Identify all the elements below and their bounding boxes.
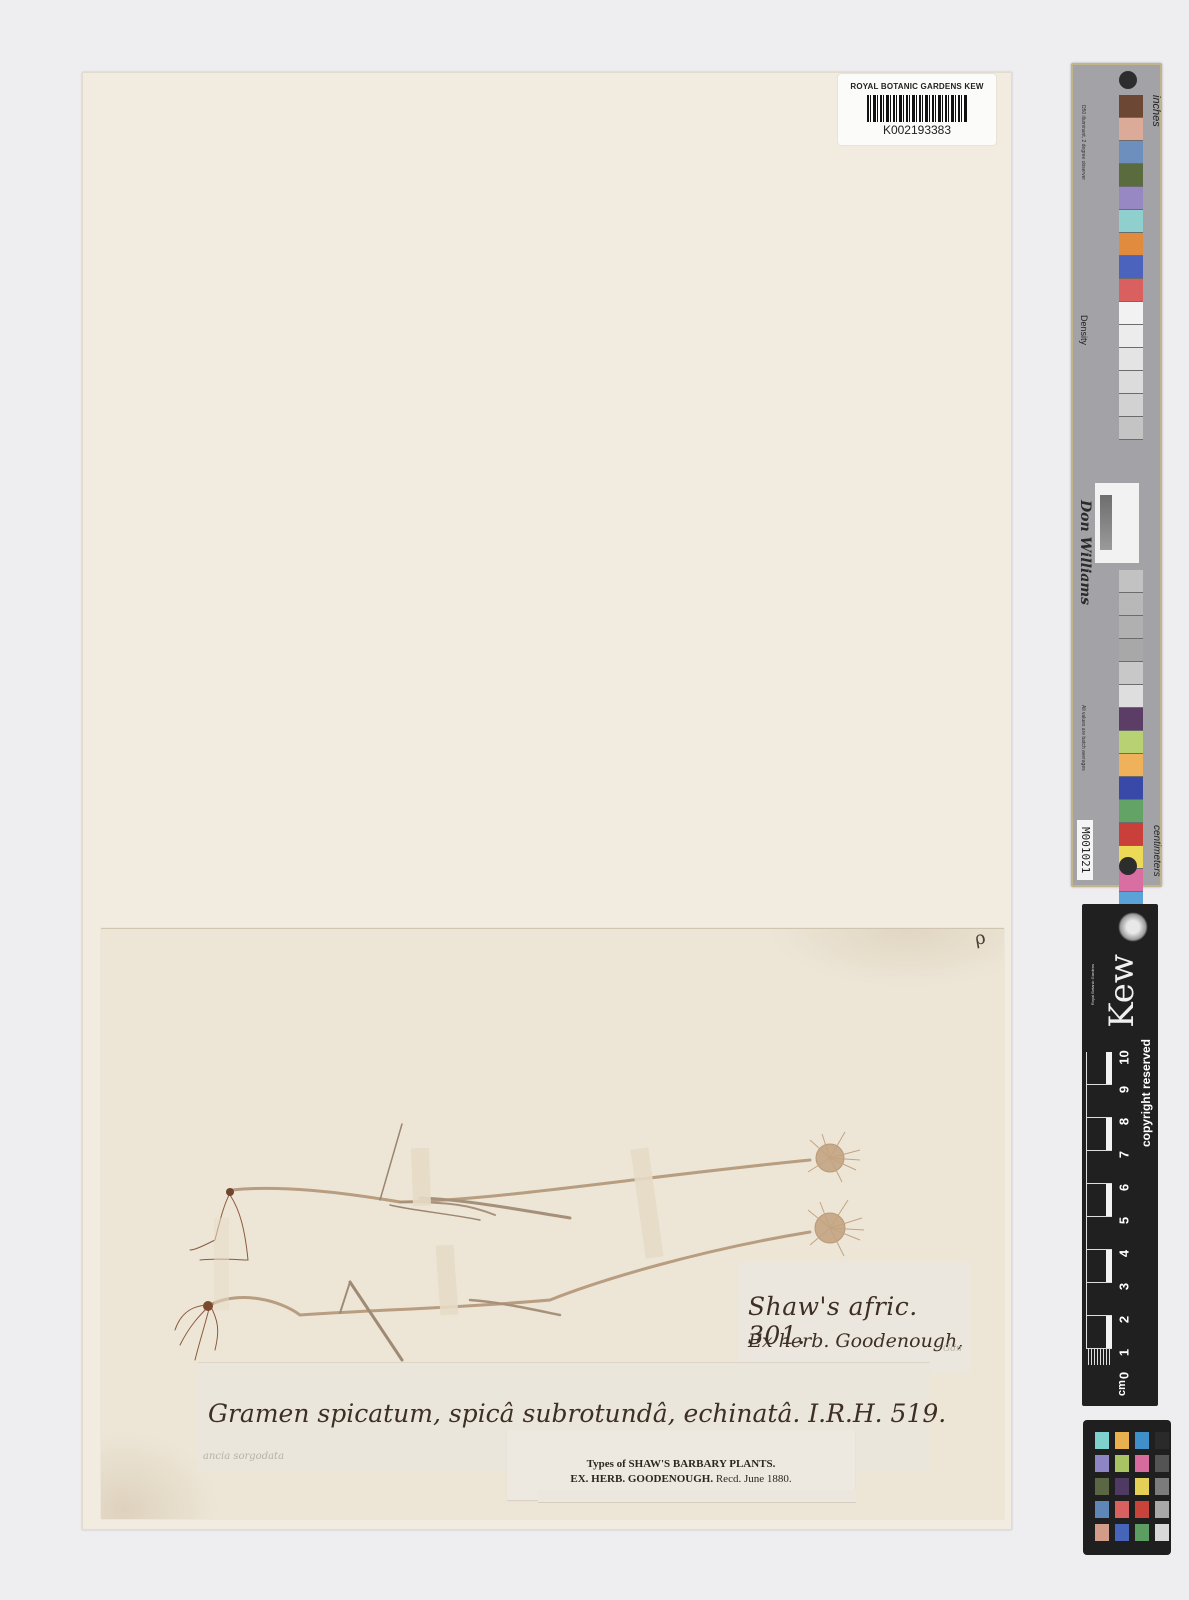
color-calibration-strip: D50 illuminant, 2 degree observer inches…	[1071, 63, 1162, 887]
gray-swatch	[1119, 417, 1143, 440]
kew-logo: Kew	[1102, 954, 1142, 1028]
scale-fill	[1106, 1118, 1112, 1150]
color-patch	[1155, 1455, 1169, 1472]
color-swatch	[1119, 800, 1143, 823]
color-patch	[1155, 1478, 1169, 1495]
scale-number: 10	[1117, 1048, 1132, 1068]
scale-cell	[1086, 1052, 1112, 1085]
kew-crest-icon	[1118, 912, 1148, 942]
cm-scale-numbers: 10 9 8 7 6 5 4 3 2 1 0	[1114, 1050, 1134, 1390]
color-swatch	[1119, 823, 1143, 846]
strip-hole-icon	[1119, 71, 1137, 89]
paper-stain	[764, 929, 1004, 989]
color-patch	[1135, 1432, 1149, 1449]
scale-number: 5	[1117, 1211, 1132, 1231]
gray-swatch	[1119, 302, 1143, 325]
color-swatch	[1119, 708, 1143, 731]
scale-cell	[1086, 1250, 1112, 1283]
density-label: Density	[1079, 315, 1089, 345]
illuminant-note: D50 illuminant, 2 degree observer	[1080, 105, 1086, 180]
barcode-icon	[867, 95, 967, 122]
scale-cell	[1086, 1085, 1112, 1118]
scale-cell	[1086, 1217, 1112, 1250]
color-swatch	[1119, 777, 1143, 800]
color-patch	[1095, 1478, 1109, 1495]
scale-number: 6	[1117, 1178, 1132, 1198]
barcode-number: K002193383	[838, 123, 996, 137]
pencil-annotation: Gdn	[943, 1344, 962, 1354]
scale-cell	[1086, 1184, 1112, 1217]
step-wedge-card	[1095, 483, 1139, 563]
color-patch	[1135, 1524, 1149, 1541]
color-patch	[1115, 1478, 1129, 1495]
scale-cell	[1086, 1316, 1112, 1349]
scale-fill	[1106, 1052, 1112, 1084]
inches-label: inches	[1150, 95, 1162, 127]
color-swatch	[1119, 118, 1143, 141]
centimeters-label: centimeters	[1151, 825, 1162, 877]
scale-fill	[1106, 1316, 1112, 1348]
color-patch	[1095, 1432, 1109, 1449]
scale-number: 9	[1117, 1080, 1132, 1100]
institution-name: ROYAL BOTANIC GARDENS KEW	[838, 82, 996, 91]
scale-cell	[1086, 1118, 1112, 1151]
step-wedge	[1100, 495, 1112, 550]
color-patch	[1095, 1524, 1109, 1541]
paper-tab	[538, 1490, 856, 1503]
scale-fill	[1106, 1250, 1112, 1282]
batch-note: All values are batch averages	[1080, 705, 1086, 771]
color-patch	[1135, 1478, 1149, 1495]
unit-label: cm	[1116, 1380, 1128, 1396]
cm-scale-ticks	[1086, 1052, 1112, 1380]
gray-swatch	[1119, 616, 1143, 639]
color-checker-grid	[1095, 1432, 1169, 1541]
color-patch	[1095, 1455, 1109, 1472]
scale-number: 3	[1117, 1277, 1132, 1297]
printed-label-line-1: Types of SHAW'S BARBARY PLANTS.	[507, 1458, 855, 1470]
determination-line-2: Ex herb. Goodenough,	[748, 1330, 963, 1352]
brand-name: Don Williams	[1077, 500, 1093, 605]
printed-label-line-2: EX. HERB. GOODENOUGH. Recd. June 1880.	[507, 1473, 855, 1485]
gray-swatch	[1119, 371, 1143, 394]
scale-cell	[1086, 1151, 1112, 1184]
color-patch	[1135, 1501, 1149, 1518]
color-patch	[1115, 1501, 1129, 1518]
gray-swatch	[1119, 394, 1143, 417]
color-patch	[1115, 1432, 1129, 1449]
color-patch	[1095, 1501, 1109, 1518]
scale-number: 8	[1117, 1112, 1132, 1132]
species-name-text: Gramen spicatum, spicâ subrotundâ, echin…	[208, 1399, 946, 1428]
color-swatch	[1119, 233, 1143, 256]
gray-swatch	[1119, 662, 1143, 685]
scale-number: 7	[1117, 1145, 1132, 1165]
strip-hole-icon	[1119, 857, 1137, 875]
color-swatch	[1119, 95, 1143, 118]
gray-swatch	[1119, 685, 1143, 708]
color-patch	[1115, 1524, 1129, 1541]
serial-number: M001021	[1077, 820, 1093, 880]
gray-swatch	[1119, 593, 1143, 616]
color-patch	[1155, 1432, 1169, 1449]
color-patch	[1155, 1524, 1169, 1541]
pencil-annotation: ancia sorgodata	[203, 1451, 284, 1462]
color-swatch	[1119, 164, 1143, 187]
color-checker-card	[1083, 1420, 1171, 1555]
gray-swatch	[1119, 325, 1143, 348]
gray-swatch	[1119, 570, 1143, 593]
color-swatch	[1119, 256, 1143, 279]
scale-number: 4	[1117, 1244, 1132, 1264]
scale-fill	[1106, 1184, 1112, 1216]
color-patch	[1135, 1455, 1149, 1472]
herbarium-source: EX. HERB. GOODENOUGH.	[570, 1473, 713, 1485]
gray-swatch	[1119, 348, 1143, 371]
gray-swatch	[1119, 639, 1143, 662]
color-patch	[1115, 1455, 1129, 1472]
copyright-text: copyright reserved	[1139, 1039, 1153, 1147]
scale-number: 1	[1117, 1343, 1132, 1363]
determination-label: Shaw's afric. 301. Ex herb. Goodenough, …	[738, 1262, 970, 1374]
kew-logo-subtitle: Royal Botanic Gardens	[1090, 964, 1095, 1005]
color-swatch	[1119, 731, 1143, 754]
mm-ticks	[1086, 1349, 1112, 1365]
color-swatch	[1119, 754, 1143, 777]
scale-cell	[1086, 1283, 1112, 1316]
color-swatch	[1119, 187, 1143, 210]
kew-scale-bar: Kew Royal Botanic Gardens copyright rese…	[1082, 904, 1158, 1406]
received-date: Recd. June 1880.	[716, 1473, 792, 1485]
color-swatch	[1119, 141, 1143, 164]
color-swatch	[1119, 210, 1143, 233]
color-swatch	[1119, 279, 1143, 302]
color-patch	[1155, 1501, 1169, 1518]
barcode-label: ROYAL BOTANIC GARDENS KEW K002193383	[838, 74, 996, 145]
color-swatches-top	[1119, 95, 1143, 440]
scale-number: 2	[1117, 1310, 1132, 1330]
